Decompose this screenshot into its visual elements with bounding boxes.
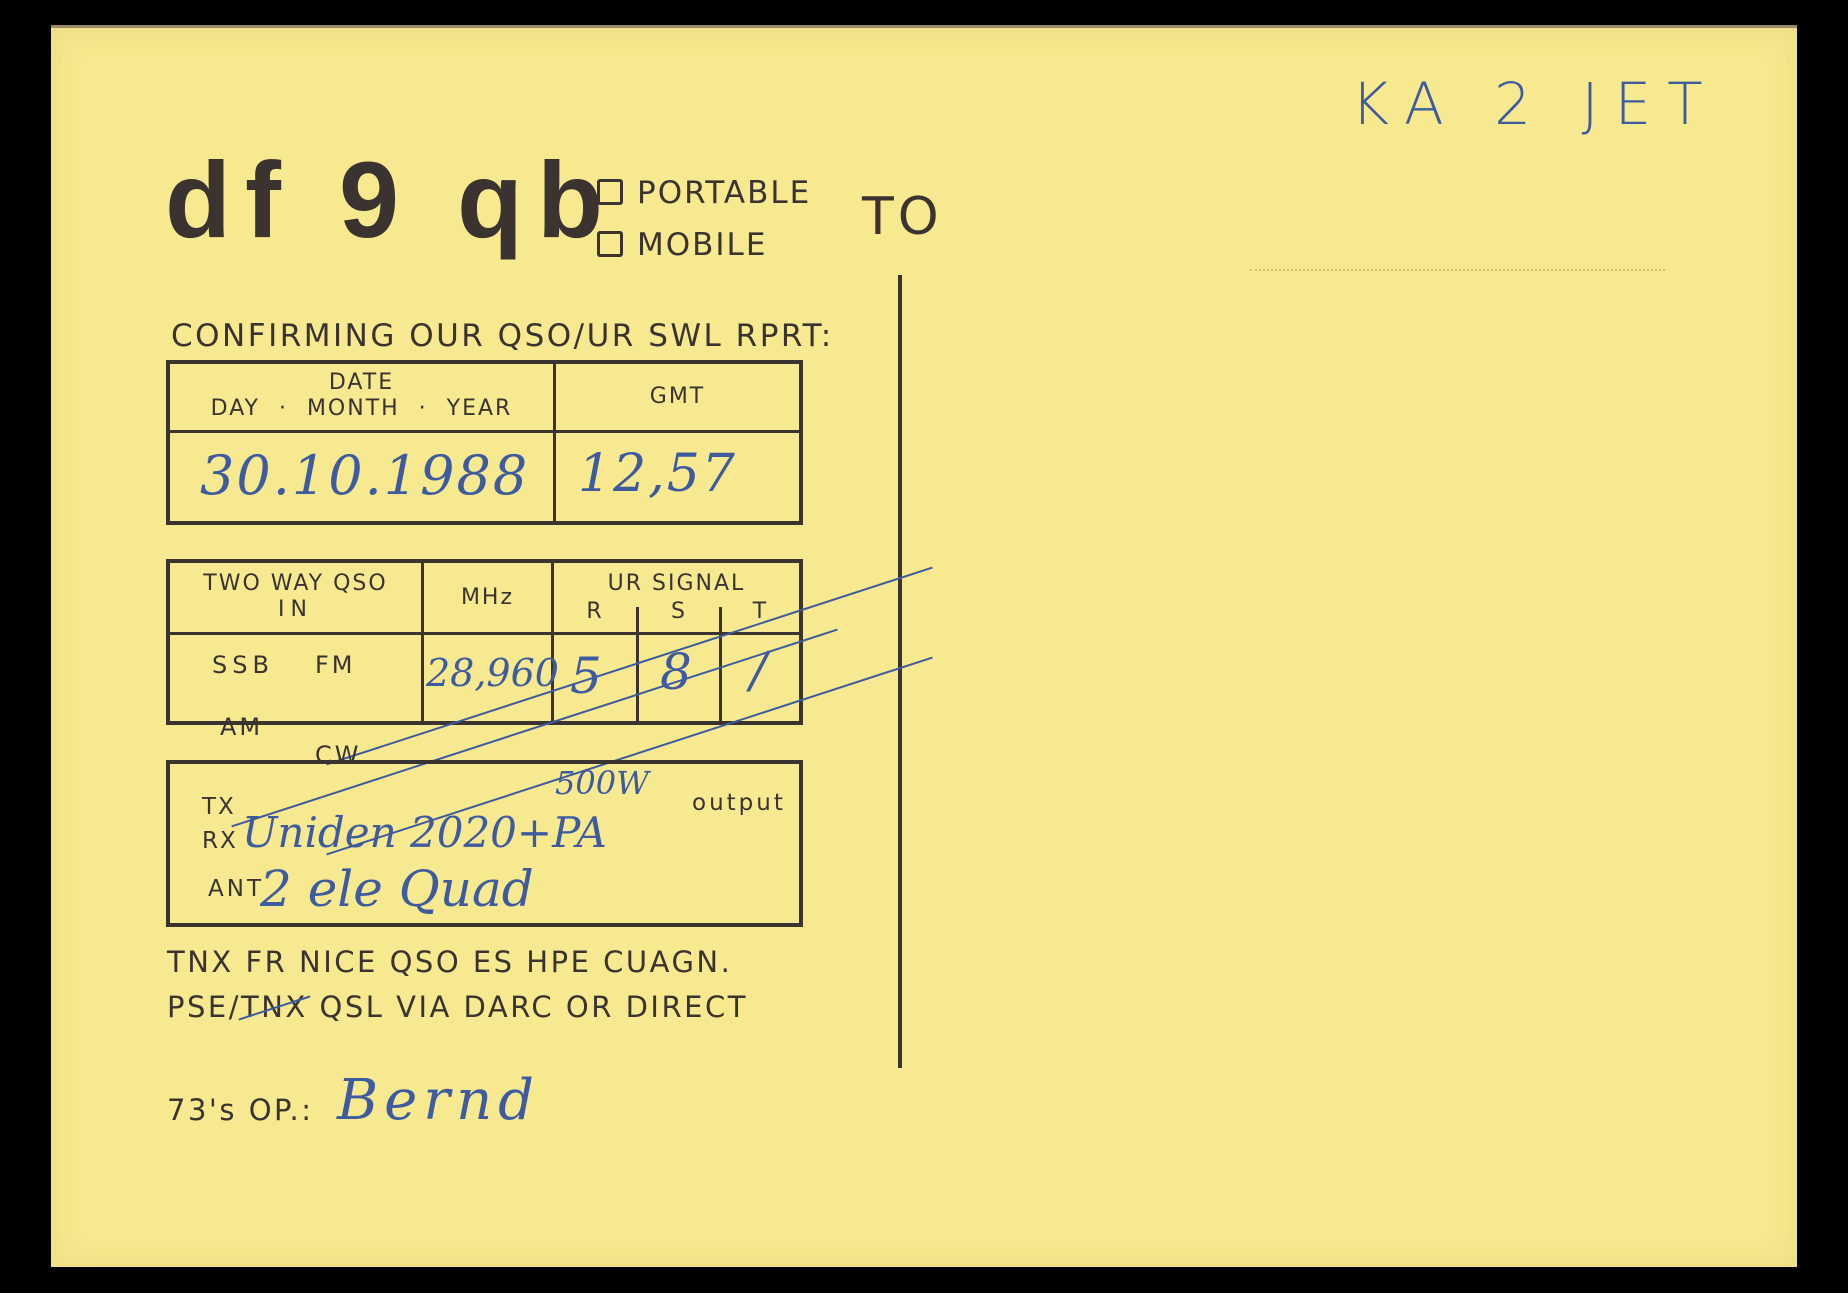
s-value: 8 xyxy=(660,643,692,701)
r-header: R xyxy=(554,599,636,625)
footer-line2: PSE/TNX QSL VIA DARC OR DIRECT xyxy=(167,993,748,1022)
date-value: 30.10.1988 xyxy=(200,444,529,507)
gmt-header: GMT xyxy=(556,384,799,410)
mhz-header: MHz xyxy=(424,585,551,611)
r-value: 5 xyxy=(570,647,602,705)
footer-line1: TNX FR NICE QSO ES HPE CUAGN. xyxy=(167,948,732,977)
equipment-table: TX RX ANT output 500W Uniden 2020+PA 2 e… xyxy=(166,760,803,927)
rx-label: RX xyxy=(202,828,238,854)
portable-checkbox[interactable] xyxy=(597,179,623,205)
date-header: DATE DAY · MONTH · YEAR xyxy=(170,370,553,423)
operator-signature: Bernd xyxy=(337,1068,540,1133)
recipient-callsign: KA 2 JET xyxy=(1351,70,1719,138)
footer-line2-struck: TNX xyxy=(241,990,308,1024)
date-header-label: DATE xyxy=(170,370,553,396)
mode-ssb: SSB xyxy=(212,651,274,679)
address-line-faint xyxy=(1250,269,1665,271)
mobile-option[interactable]: MOBILE xyxy=(597,230,767,261)
signoff-label: 73's OP.: xyxy=(167,1096,314,1125)
mode-fm-struck: FM xyxy=(315,651,944,679)
mhz-value: 28,960 xyxy=(426,651,559,695)
mobile-label: MOBILE xyxy=(637,227,767,263)
station-callsign: df 9 qb xyxy=(165,146,617,254)
mode-header: TWO WAY QSO IN xyxy=(170,571,421,624)
footer-line2-suffix: QSL VIA DARC OR DIRECT xyxy=(308,990,748,1024)
rig-value: Uniden 2020+PA xyxy=(242,808,607,857)
signal-header: UR SIGNAL xyxy=(554,571,799,597)
antenna-value: 2 ele Quad xyxy=(260,860,534,918)
mode-header-line2: IN xyxy=(170,597,421,623)
portable-option[interactable]: PORTABLE xyxy=(597,178,811,209)
output-label: output xyxy=(692,790,786,816)
date-header-divider xyxy=(170,430,799,433)
qso-table: TWO WAY QSO IN MHz UR SIGNAL R S T SSB F… xyxy=(166,559,803,725)
qso-header-divider xyxy=(170,632,799,635)
t-value: / xyxy=(750,641,767,699)
date-subheader-label: DAY · MONTH · YEAR xyxy=(170,396,553,422)
tx-label: TX xyxy=(202,794,236,820)
portable-label: PORTABLE xyxy=(637,175,811,211)
date-gmt-table: DATE DAY · MONTH · YEAR GMT 30.10.1988 1… xyxy=(166,360,803,525)
confirm-heading: CONFIRMING OUR QSO/UR SWL RPRT: xyxy=(171,321,834,352)
footer-line2-prefix: PSE/ xyxy=(167,990,241,1024)
power-value: 500W xyxy=(555,764,649,802)
mode-am-struck: AM xyxy=(220,713,849,741)
mode-header-line1: TWO WAY QSO xyxy=(170,571,421,597)
s-header: S xyxy=(639,599,719,625)
ant-label: ANT xyxy=(208,876,264,902)
qsl-card: df 9 qb PORTABLE MOBILE TO KA 2 JET CONF… xyxy=(51,25,1797,1267)
mobile-checkbox[interactable] xyxy=(597,231,623,257)
gmt-value: 12,57 xyxy=(578,444,737,504)
to-label: TO xyxy=(862,191,943,243)
